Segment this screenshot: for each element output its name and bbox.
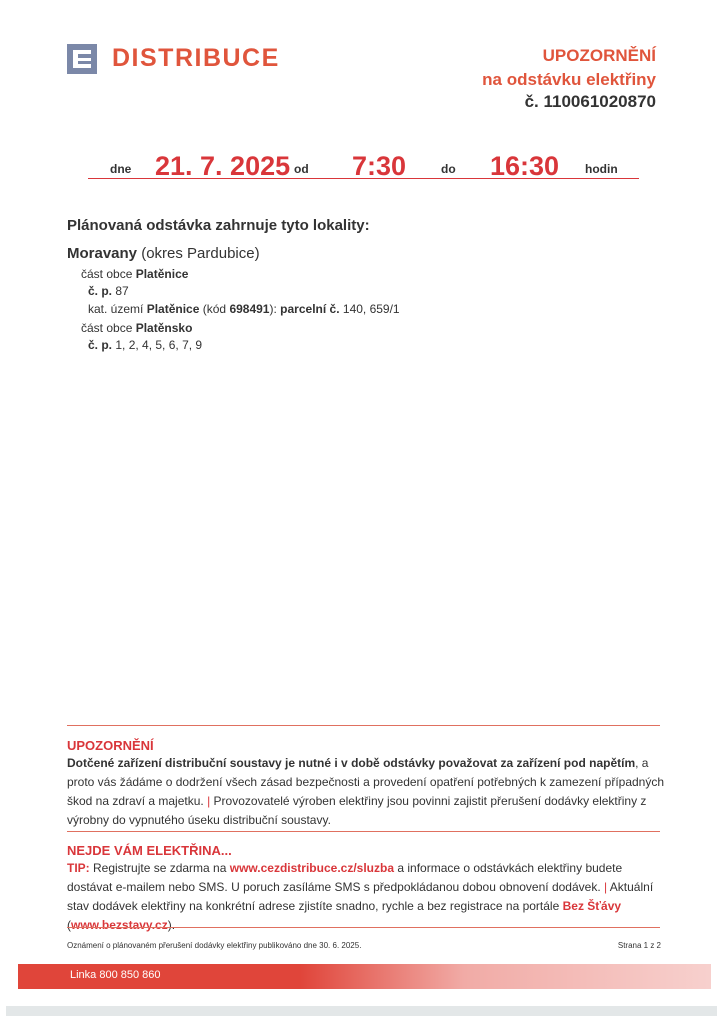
notice-title-line1: UPOZORNĚNÍ [482, 44, 656, 68]
to-label: do [441, 162, 456, 176]
service-link[interactable]: www.cezdistribuce.cz/sluzba [230, 861, 394, 875]
notice-title-line2: na odstávku elektřiny [482, 68, 656, 92]
cadastre-line: kat. území Platěnice (kód 698491): parce… [88, 302, 400, 316]
town: Moravany (okres Pardubice) [67, 245, 260, 262]
town-name: Moravany [67, 245, 137, 262]
date-underline [88, 178, 639, 179]
notice-title: UPOZORNĚNÍ na odstávku elektřiny [482, 44, 656, 92]
from-label: od [294, 162, 309, 176]
house-numbers: č. p. 1, 2, 4, 5, 6, 7, 9 [88, 338, 202, 352]
published-note: Oznámení o plánovaném přerušení dodávky … [67, 941, 361, 950]
scan-edge [6, 1006, 717, 1016]
tip-title: NEJDE VÁM ELEKTŘINA... [67, 843, 232, 858]
locations-heading: Plánovaná odstávka zahrnuje tyto lokalit… [67, 217, 370, 234]
footer-bar-print-fade [300, 964, 711, 989]
divider [67, 725, 660, 726]
warning-title: UPOZORNĚNÍ [67, 738, 154, 753]
house-numbers: č. p. 87 [88, 284, 129, 298]
warning-body: Dotčené zařízení distribuční soustavy je… [67, 754, 667, 830]
part-name: Platěnsko [136, 321, 193, 335]
notice-number: č. 110061020870 [525, 92, 656, 112]
location-part: část obce Platěnice [81, 267, 188, 281]
brand-name: DISTRIBUCE [112, 44, 280, 73]
cez-logo-icon [67, 44, 97, 74]
location-part: část obce Platěnsko [81, 321, 192, 335]
hours-label: hodin [585, 162, 618, 176]
divider [67, 831, 660, 832]
part-name: Platěnice [136, 267, 189, 281]
page-number: Strana 1 z 2 [618, 941, 661, 950]
portal-link[interactable]: www.bezstavy.cz [71, 918, 168, 932]
portal-name: Bez Šťávy [563, 899, 621, 913]
district: (okres Pardubice) [141, 245, 259, 262]
divider [67, 927, 660, 928]
hotline: Linka 800 850 860 [70, 969, 161, 981]
date-label: dne [110, 162, 131, 176]
tip-body: TIP: Registrujte se zdarma na www.cezdis… [67, 859, 667, 935]
